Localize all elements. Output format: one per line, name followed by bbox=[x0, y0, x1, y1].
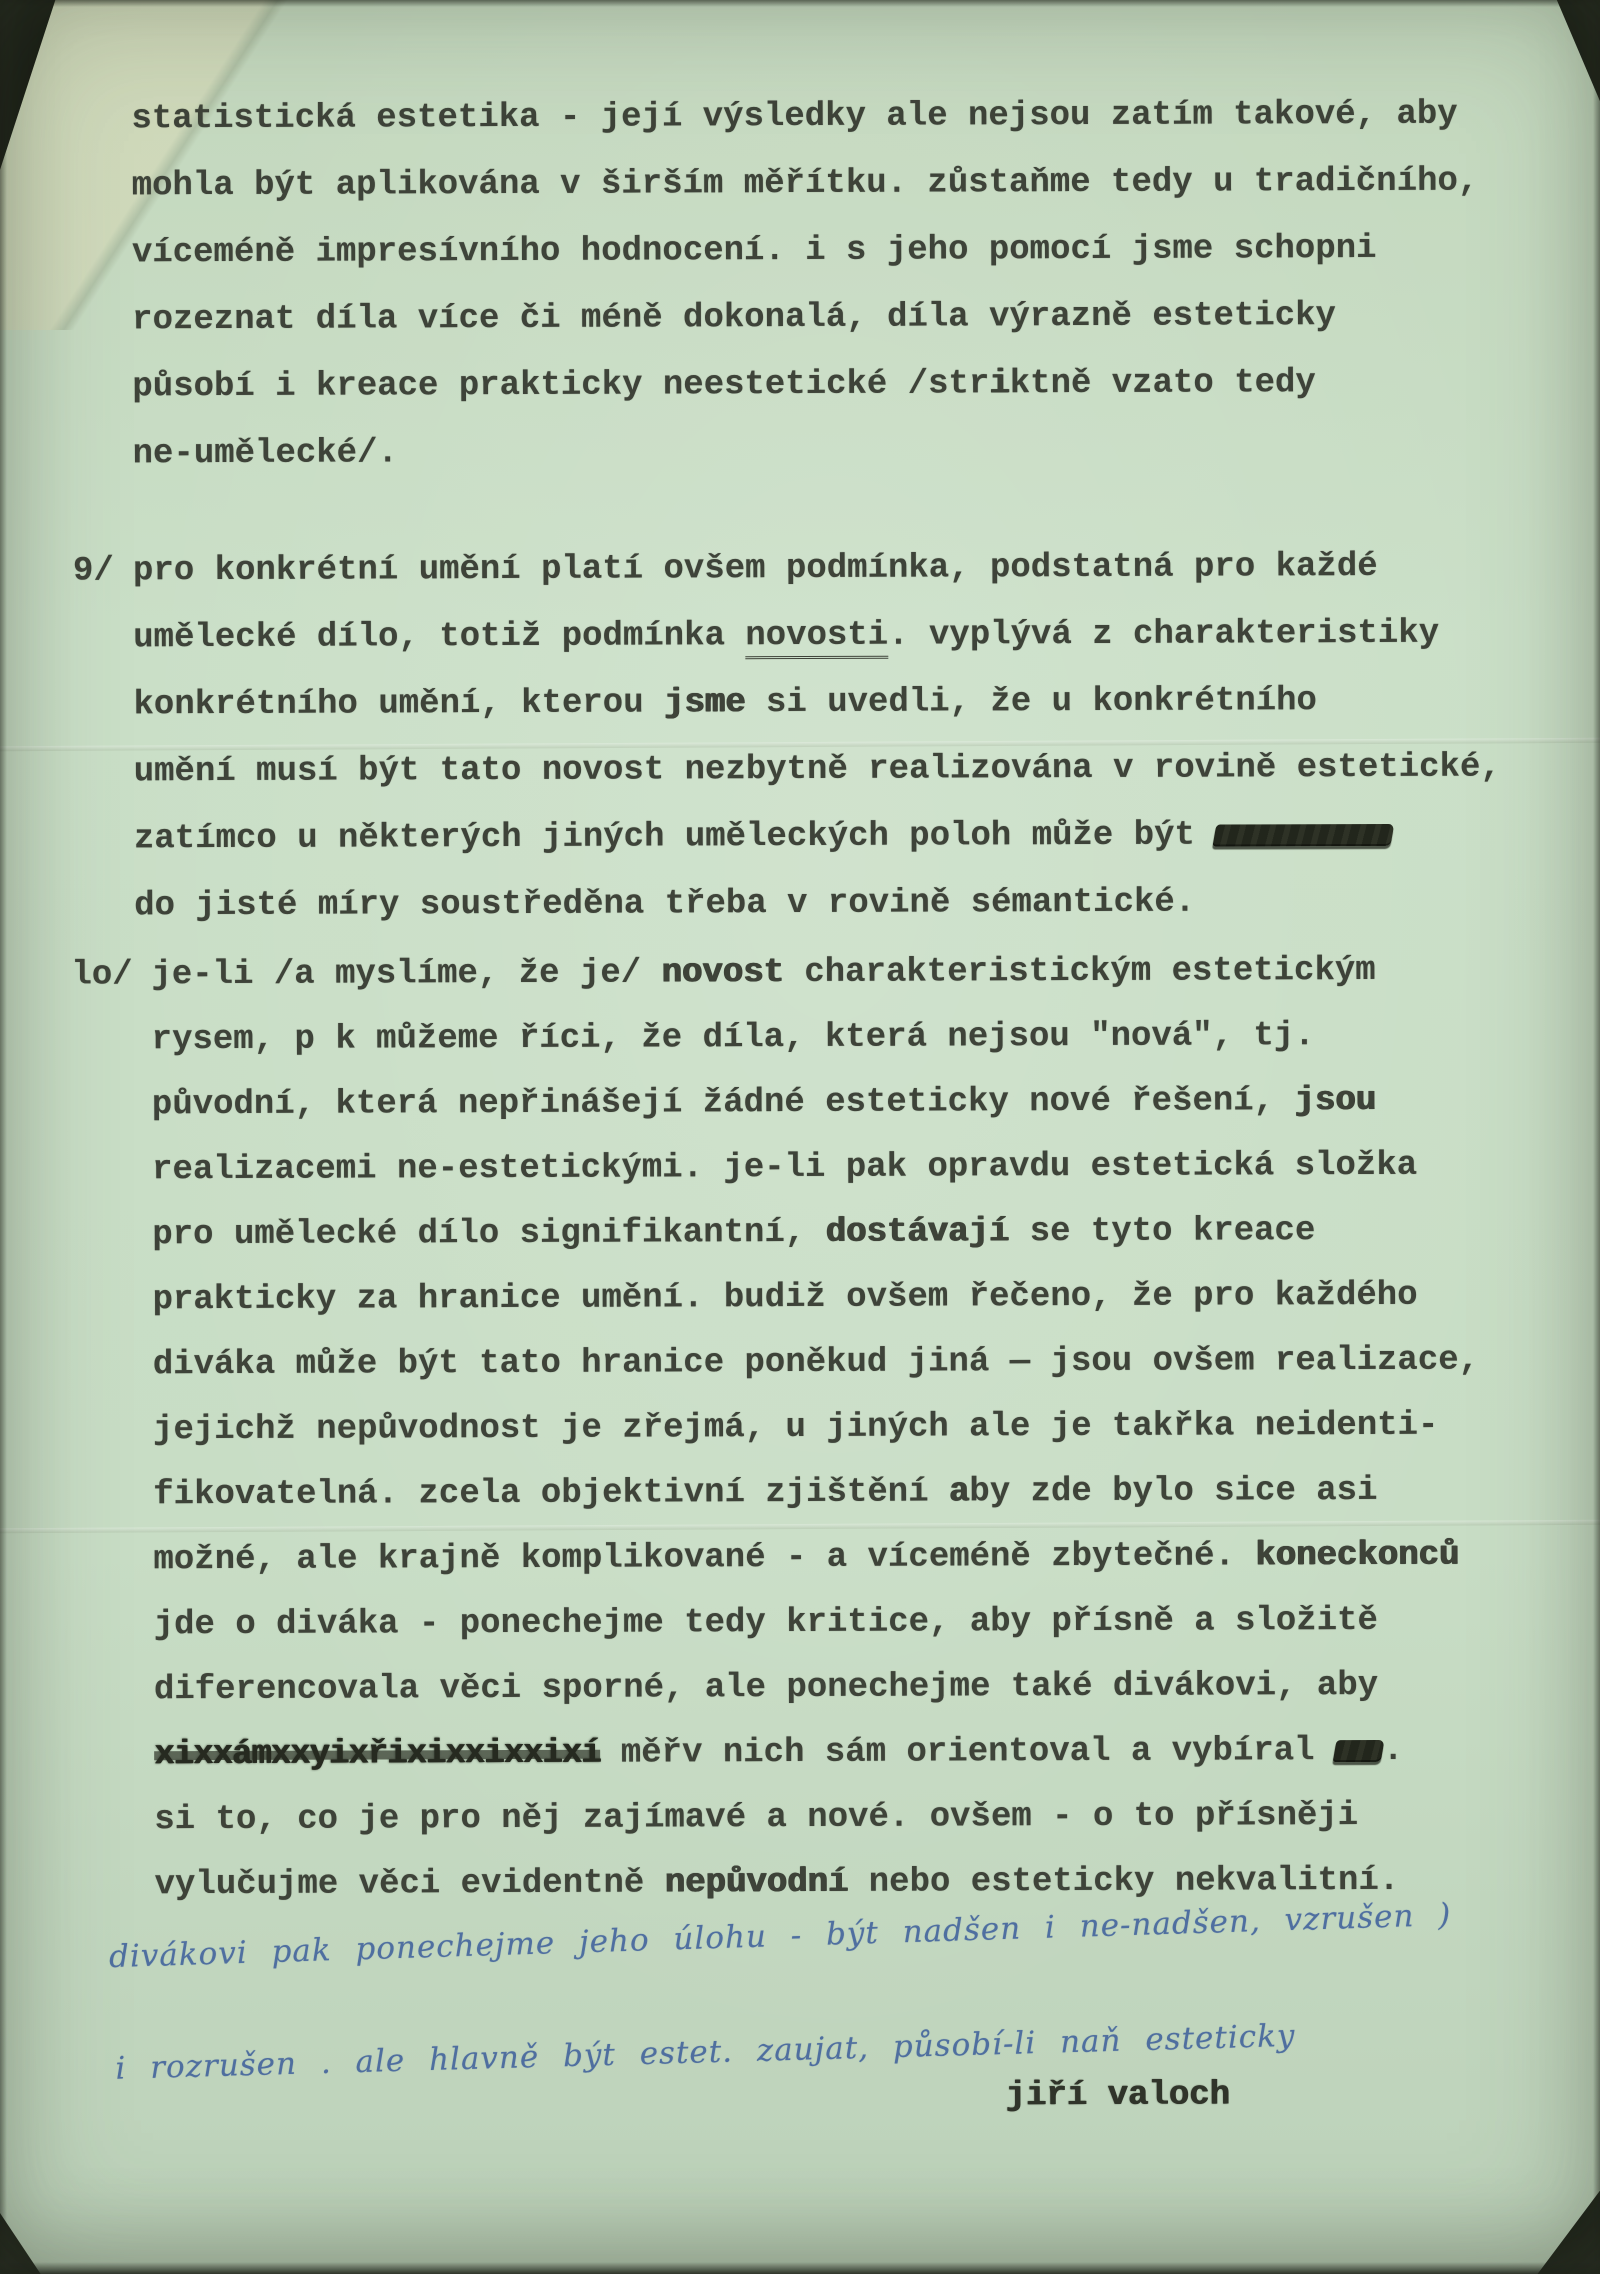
typed-text: víceméně impresívního hodnocení. i s jeh… bbox=[132, 230, 1377, 272]
typed-line: xixxámxxyixřixixxixxixí měřv nich sám or… bbox=[154, 1719, 1480, 1789]
typed-line: do jisté míry soustředěna třeba v rovině… bbox=[134, 869, 1501, 941]
typed-text: si uvedli, že u konkrétního bbox=[746, 682, 1317, 722]
section-10: lo/ je-li /a myslíme, že je/ novost char… bbox=[151, 939, 1481, 1919]
typed-text: prakticky za hranice umění. budiž ovšem … bbox=[152, 1277, 1417, 1319]
typed-text: umělecké dílo, totiž podmínka bbox=[133, 617, 745, 657]
ink-blot bbox=[1213, 824, 1395, 847]
page-content: statistická estetika - její výsledky ale… bbox=[0, 0, 1600, 2274]
typed-line: realizacemi ne-estetickými. je-li pak op… bbox=[152, 1134, 1478, 1204]
typed-line: jejichž nepůvodnost je zřejmá, u jiných … bbox=[153, 1394, 1479, 1464]
scan-corner-bottom-right bbox=[1536, 2188, 1600, 2274]
typed-text: konkrétního umění, kterou bbox=[133, 684, 664, 724]
typed-text: diváka může být tato hranice poněkud jin… bbox=[153, 1342, 1479, 1385]
typed-text: rozeznat díla více či méně dokonalá, díl… bbox=[132, 297, 1336, 339]
typed-text: jejichž nepůvodnost je zřejmá, u jiných … bbox=[153, 1407, 1439, 1449]
typed-line: víceméně impresívního hodnocení. i s jeh… bbox=[132, 216, 1479, 288]
section-9: 9/ pro konkrétní umění platí ovšem podmí… bbox=[133, 534, 1501, 941]
section-10-body: je-li /a myslíme, že je/ novost charakte… bbox=[151, 939, 1481, 1919]
overstruck-word: jsou bbox=[1294, 1082, 1376, 1120]
typed-text: do jisté míry soustředěna třeba v rovině… bbox=[134, 884, 1195, 926]
typed-line: rysem, p k můžeme říci, že díla, která n… bbox=[152, 1004, 1478, 1074]
typed-line: umění musí být tato novost nezbytně real… bbox=[134, 735, 1501, 807]
typed-line: zatímco u některých jiných uměleckých po… bbox=[134, 802, 1501, 874]
xed-out-text: xixxámxxyixřixixxixxixí bbox=[154, 1735, 600, 1775]
typed-text: si to, co je pro něj zajímavé a nové. ov… bbox=[154, 1797, 1358, 1839]
typed-text: vylučujme věci evidentně bbox=[155, 1864, 665, 1904]
typed-line: konkrétního umění, kterou jsme si uvedli… bbox=[133, 668, 1500, 740]
typed-line: působí i kreace prakticky neestetické /s… bbox=[132, 350, 1479, 422]
overstruck-word: i bbox=[989, 365, 1010, 403]
typed-text: charakteristickým estetickým bbox=[784, 952, 1376, 992]
typed-text: diferencovala věci sporné, ale ponechejm… bbox=[154, 1667, 1378, 1709]
typed-line: rozeznat díla více či méně dokonalá, díl… bbox=[132, 283, 1479, 355]
typed-text: . vyplývá z charakteristiky bbox=[888, 615, 1439, 655]
typed-line: původní, která nepřinášejí žádné estetic… bbox=[152, 1069, 1478, 1139]
typed-line: diferencovala věci sporné, ale ponechejm… bbox=[154, 1654, 1480, 1724]
typed-text: je-li /a myslíme, že je/ bbox=[151, 954, 661, 994]
typed-line: umělecké dílo, totiž podmínka novosti. v… bbox=[133, 601, 1500, 673]
typed-text: pro konkrétní umění platí ovšem podmínka… bbox=[133, 548, 1378, 590]
typed-text: mohla být aplikována v širším měřítku. z… bbox=[132, 163, 1479, 206]
typed-text: . bbox=[1383, 1732, 1404, 1770]
overstruck-word: dostávají bbox=[826, 1213, 1010, 1252]
typed-line: si to, co je pro něj zajímavé a nové. ov… bbox=[154, 1784, 1480, 1854]
typed-text: nebo esteticky nekvalitní. bbox=[848, 1862, 1399, 1902]
typed-line: možné, ale krajně komplikované - a vícem… bbox=[153, 1524, 1479, 1594]
typed-text: zatímco u některých jiných uměleckých po… bbox=[134, 817, 1216, 859]
typed-text: možné, ale krajně komplikované - a vícem… bbox=[153, 1537, 1255, 1579]
overstruck-word: koneckonců bbox=[1255, 1537, 1459, 1576]
typed-line: diváka může být tato hranice poněkud jin… bbox=[153, 1329, 1479, 1399]
section-9-label: 9/ bbox=[73, 538, 114, 605]
typed-text: rysem, p k můžeme říci, že díla, která n… bbox=[152, 1017, 1315, 1059]
overstruck-word: jsme bbox=[664, 684, 746, 722]
overstruck-word: a bbox=[949, 1473, 970, 1511]
typed-line: prakticky za hranice umění. budiž ovšem … bbox=[152, 1264, 1478, 1334]
signature: jiří valoch bbox=[1005, 2077, 1230, 2116]
typed-text: pro umělecké dílo signifikantní, bbox=[152, 1214, 825, 1254]
typed-text: realizacemi ne-estetickými. je-li pak op… bbox=[152, 1147, 1417, 1189]
typed-text: jde o diváka - ponechejme tedy kritice, … bbox=[154, 1602, 1378, 1644]
overstruck-word: nepůvodní bbox=[665, 1864, 849, 1903]
typed-text: původní, která nepřinášejí žádné estetic… bbox=[152, 1082, 1295, 1124]
typed-line: fikovatelná. zcela objektivní zjištění a… bbox=[153, 1459, 1479, 1529]
section-10-label: lo/ bbox=[71, 943, 132, 1008]
typed-line: mohla být aplikována v širším měřítku. z… bbox=[132, 149, 1479, 221]
typed-line: je-li /a myslíme, že je/ novost charakte… bbox=[151, 939, 1477, 1009]
typed-text: působí i kreace prakticky neestetické /s… bbox=[132, 365, 989, 406]
typed-line: ne-umělecké/. bbox=[132, 417, 1479, 489]
scan-corner-top-left bbox=[0, 0, 56, 176]
typed-line: pro umělecké dílo signifikantní, dostáva… bbox=[152, 1199, 1478, 1269]
scanned-typewritten-page: statistická estetika - její výsledky ale… bbox=[0, 0, 1600, 2274]
typed-text: by zde bylo sice asi bbox=[969, 1472, 1377, 1511]
section-9-body: pro konkrétní umění platí ovšem podmínka… bbox=[133, 534, 1501, 941]
scan-corner-bottom-left bbox=[0, 2210, 42, 2274]
intro-paragraph: statistická estetika - její výsledky ale… bbox=[131, 82, 1479, 489]
typed-line: statistická estetika - její výsledky ale… bbox=[131, 82, 1478, 154]
overstruck-word: novost bbox=[661, 954, 784, 992]
scan-corner-top-right bbox=[1556, 0, 1600, 106]
typed-text: ktně vzato tedy bbox=[1010, 364, 1316, 403]
typed-line: pro konkrétní umění platí ovšem podmínka… bbox=[133, 534, 1500, 606]
typed-line: jde o diváka - ponechejme tedy kritice, … bbox=[154, 1589, 1480, 1659]
underlined-word: novosti bbox=[745, 617, 888, 659]
typed-text: fikovatelná. zcela objektivní zjištění bbox=[153, 1473, 949, 1514]
typed-text: statistická estetika - její výsledky ale… bbox=[131, 96, 1457, 139]
typed-text: se tyto kreace bbox=[1009, 1212, 1315, 1251]
ink-blot bbox=[1333, 1740, 1385, 1762]
typed-text: umění musí být tato novost nezbytně real… bbox=[134, 749, 1501, 792]
typed-text: ne-umělecké/. bbox=[133, 434, 398, 473]
typed-text: měřv nich sám orientoval a vybíral bbox=[600, 1732, 1335, 1773]
